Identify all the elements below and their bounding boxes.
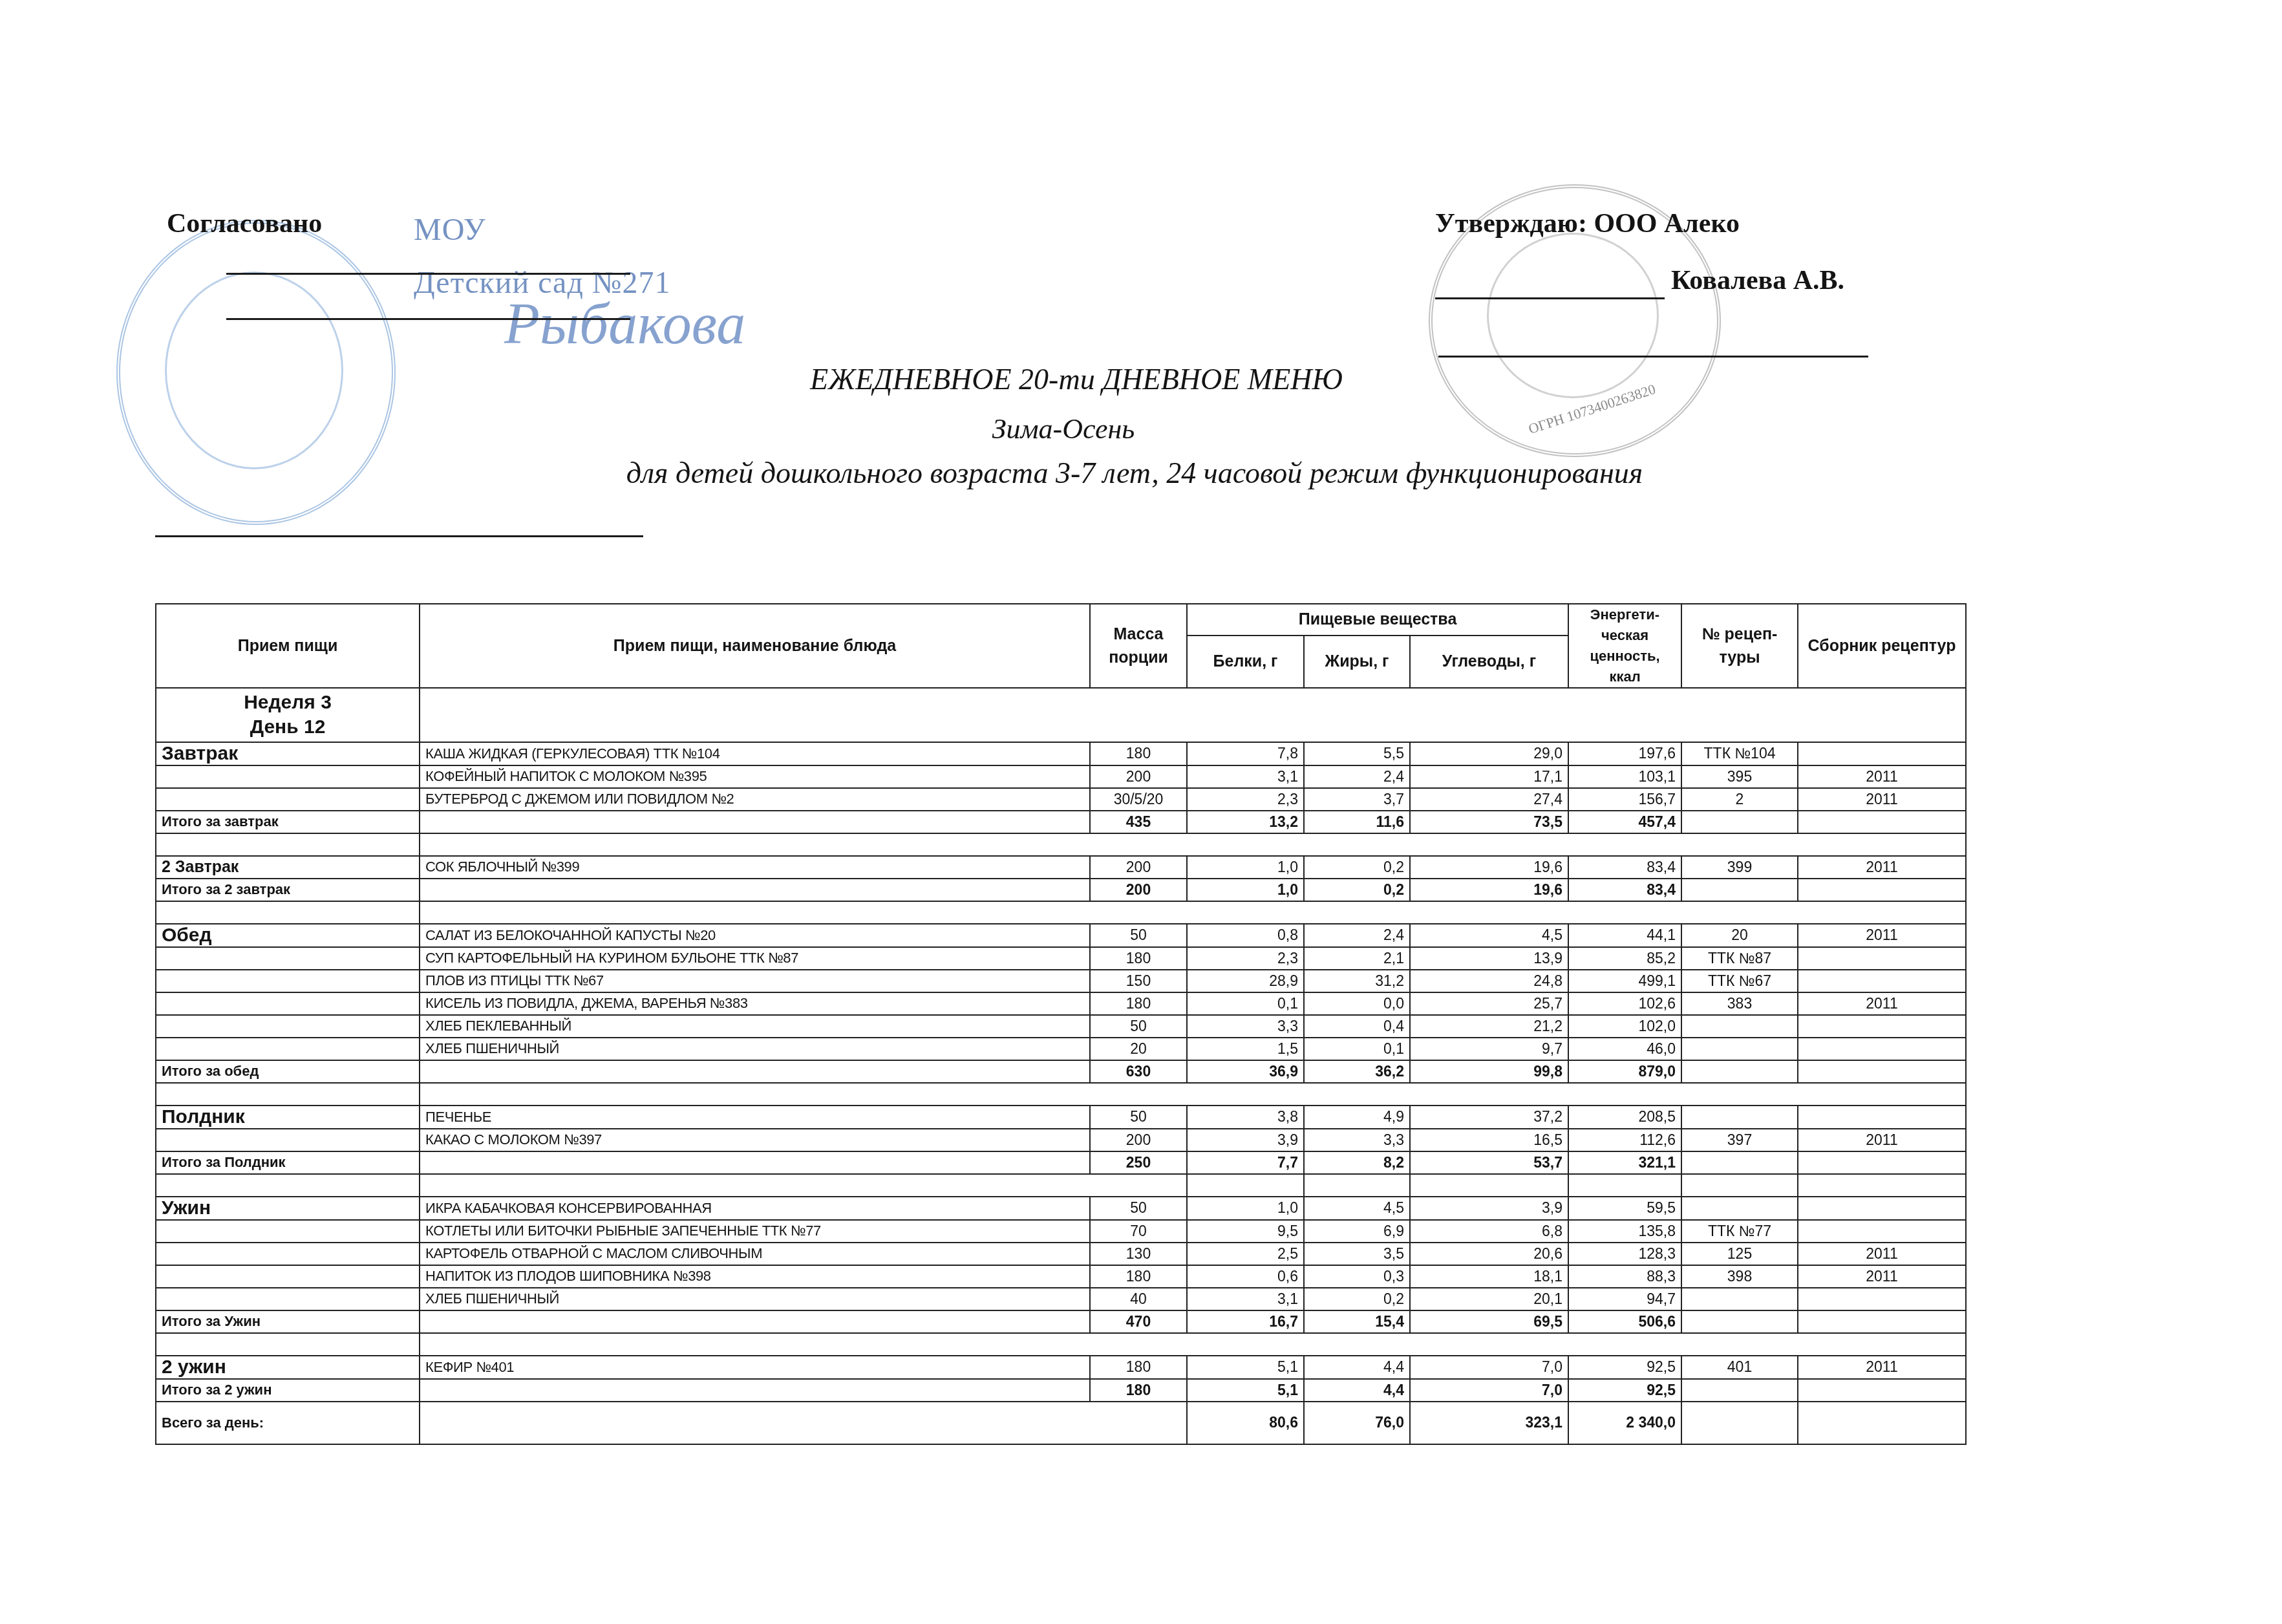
total-empty — [1681, 879, 1798, 901]
header-meal: Прием пищи — [156, 604, 420, 688]
title-line-3: для детей дошкольного возраста 3-7 лет, … — [626, 456, 1643, 489]
total-protein: 7,7 — [1187, 1151, 1304, 1174]
cell-recipe-no: ТТК №77 — [1681, 1220, 1798, 1243]
cell-mass: 180 — [1090, 992, 1187, 1015]
total-empty — [1681, 1310, 1798, 1333]
agreed-signature: Рыбакова — [504, 291, 745, 358]
dish-name: КИСЕЛЬ ИЗ ПОВИДЛА, ДЖЕМА, ВАРЕНЬЯ №383 — [420, 992, 1090, 1015]
dish-name: СУП КАРТОФЕЛЬНЫЙ НА КУРИНОМ БУЛЬОНЕ ТТК … — [420, 947, 1090, 970]
cell-collection — [1798, 970, 1966, 992]
cell-energy: 112,6 — [1568, 1129, 1681, 1151]
total-empty — [1681, 1151, 1798, 1174]
meal-empty — [156, 1243, 420, 1265]
header-collection: Сборник рецептур — [1798, 604, 1966, 688]
cell-fat: 0,2 — [1304, 1288, 1410, 1310]
total-protein: 1,0 — [1187, 879, 1304, 901]
cell-recipe-no: 125 — [1681, 1243, 1798, 1265]
menu-body: Неделя 3 День 12 ЗавтракКАША ЖИДКАЯ (ГЕР… — [156, 688, 1966, 1444]
dish-name: СОК ЯБЛОЧНЫЙ №399 — [420, 856, 1090, 879]
cell-collection: 2011 — [1798, 992, 1966, 1015]
meal-empty — [156, 788, 420, 811]
cell-fat: 5,5 — [1304, 742, 1410, 765]
cell-fat: 4,4 — [1304, 1356, 1410, 1379]
total-protein: 13,2 — [1187, 811, 1304, 833]
cell-energy: 499,1 — [1568, 970, 1681, 992]
total-mass: 470 — [1090, 1310, 1187, 1333]
cell-carbs: 37,2 — [1410, 1106, 1568, 1129]
cell-collection — [1798, 1288, 1966, 1310]
approve-label: Утверждаю: ООО Алеко — [1435, 208, 1740, 239]
cell-fat: 4,9 — [1304, 1106, 1410, 1129]
cell-carbs: 16,5 — [1410, 1129, 1568, 1151]
cell-mass: 200 — [1090, 856, 1187, 879]
agreed-signature-line-1 — [226, 273, 630, 275]
cell-carbs: 25,7 — [1410, 992, 1568, 1015]
total-empty — [420, 879, 1090, 901]
cell-protein: 0,1 — [1187, 992, 1304, 1015]
cell-recipe-no — [1681, 1197, 1798, 1220]
cell-recipe-no: 397 — [1681, 1129, 1798, 1151]
cell-protein: 1,0 — [1187, 1197, 1304, 1220]
cell-collection — [1798, 1106, 1966, 1129]
meal-empty — [156, 765, 420, 788]
cell-protein: 2,3 — [1187, 788, 1304, 811]
cell-energy: 135,8 — [1568, 1220, 1681, 1243]
cell-collection — [1798, 1015, 1966, 1038]
total-mass: 435 — [1090, 811, 1187, 833]
table-row: КОФЕЙНЫЙ НАПИТОК С МОЛОКОМ №3952003,12,4… — [156, 765, 1966, 788]
cell-energy: 156,7 — [1568, 788, 1681, 811]
total-fat: 8,2 — [1304, 1151, 1410, 1174]
cell-recipe-no: 2 — [1681, 788, 1798, 811]
dish-name: КАРТОФЕЛЬ ОТВАРНОЙ С МАСЛОМ СЛИВОЧНЫМ — [420, 1243, 1090, 1265]
cell-protein: 7,8 — [1187, 742, 1304, 765]
total-row: Итого за Полдник2507,78,253,7321,1 — [156, 1151, 1966, 1174]
total-carbs: 99,8 — [1410, 1060, 1568, 1083]
cell-energy: 46,0 — [1568, 1038, 1681, 1060]
dish-name: КАКАО С МОЛОКОМ №397 — [420, 1129, 1090, 1151]
header-recipe-no: № рецеп-туры — [1681, 604, 1798, 688]
cell-protein: 2,5 — [1187, 1243, 1304, 1265]
day-label: День 12 — [162, 715, 414, 740]
table-row: ХЛЕБ ПШЕНИЧНЫЙ201,50,19,746,0 — [156, 1038, 1966, 1060]
agreed-label: Согласовано — [167, 208, 322, 239]
cell-mass: 180 — [1090, 947, 1187, 970]
meal-empty — [156, 1265, 420, 1288]
total-row: Итого за завтрак43513,211,673,5457,4 — [156, 811, 1966, 833]
cell-recipe-no: 20 — [1681, 924, 1798, 947]
approve-signature-line — [1435, 297, 1665, 299]
total-row: Итого за 2 завтрак2001,00,219,683,4 — [156, 879, 1966, 901]
cell-energy: 88,3 — [1568, 1265, 1681, 1288]
grand-total-protein: 80,6 — [1187, 1402, 1304, 1444]
spacer-cell — [156, 901, 420, 924]
cell-recipe-no: 399 — [1681, 856, 1798, 879]
dish-name: БУТЕРБРОД С ДЖЕМОМ ИЛИ ПОВИДЛОМ №2 — [420, 788, 1090, 811]
spacer-cell — [1798, 1174, 1966, 1197]
table-row: ХЛЕБ ПШЕНИЧНЫЙ403,10,220,194,7 — [156, 1288, 1966, 1310]
meal-name: 2 ужин — [156, 1356, 420, 1379]
cell-mass: 180 — [1090, 1265, 1187, 1288]
cell-protein: 28,9 — [1187, 970, 1304, 992]
cell-fat: 2,4 — [1304, 924, 1410, 947]
document-title: ЕЖЕДНЕВНОЕ 20-ти ДНЕВНОЕ МЕНЮ — [0, 362, 2282, 396]
cell-recipe-no: 401 — [1681, 1356, 1798, 1379]
cell-mass: 180 — [1090, 742, 1187, 765]
table-row: СУП КАРТОФЕЛЬНЫЙ НА КУРИНОМ БУЛЬОНЕ ТТК … — [156, 947, 1966, 970]
cell-energy: 128,3 — [1568, 1243, 1681, 1265]
cell-fat: 2,4 — [1304, 765, 1410, 788]
table-row: БУТЕРБРОД С ДЖЕМОМ ИЛИ ПОВИДЛОМ №230/5/2… — [156, 788, 1966, 811]
total-fat: 15,4 — [1304, 1310, 1410, 1333]
dish-name: ХЛЕБ ПШЕНИЧНЫЙ — [420, 1288, 1090, 1310]
week-day-cell: Неделя 3 День 12 — [156, 688, 420, 742]
total-empty — [1798, 1151, 1966, 1174]
grand-total-empty — [1798, 1402, 1966, 1444]
cell-protein: 3,8 — [1187, 1106, 1304, 1129]
total-fat: 36,2 — [1304, 1060, 1410, 1083]
cell-recipe-no: ТТК №104 — [1681, 742, 1798, 765]
cell-protein: 0,6 — [1187, 1265, 1304, 1288]
cell-fat: 6,9 — [1304, 1220, 1410, 1243]
dish-name: ИКРА КАБАЧКОВАЯ КОНСЕРВИРОВАННАЯ — [420, 1197, 1090, 1220]
total-empty — [1798, 1060, 1966, 1083]
cell-collection — [1798, 947, 1966, 970]
total-row: Итого за 2 ужин1805,14,47,092,5 — [156, 1379, 1966, 1402]
cell-carbs: 21,2 — [1410, 1015, 1568, 1038]
cell-mass: 200 — [1090, 1129, 1187, 1151]
dish-name: ХЛЕБ ПЕКЛЕВАННЫЙ — [420, 1015, 1090, 1038]
header-dish: Прием пищи, наименование блюда — [420, 604, 1090, 688]
table-row: ХЛЕБ ПЕКЛЕВАННЫЙ503,30,421,2102,0 — [156, 1015, 1966, 1038]
cell-protein: 2,3 — [1187, 947, 1304, 970]
spacer-cell — [1304, 1174, 1410, 1197]
cell-recipe-no: 395 — [1681, 765, 1798, 788]
total-carbs: 73,5 — [1410, 811, 1568, 833]
meal-empty — [156, 992, 420, 1015]
total-empty — [1681, 1060, 1798, 1083]
cell-mass: 130 — [1090, 1243, 1187, 1265]
cell-energy: 44,1 — [1568, 924, 1681, 947]
cell-carbs: 24,8 — [1410, 970, 1568, 992]
cell-mass: 70 — [1090, 1220, 1187, 1243]
cell-collection: 2011 — [1798, 765, 1966, 788]
cell-energy: 94,7 — [1568, 1288, 1681, 1310]
total-carbs: 53,7 — [1410, 1151, 1568, 1174]
meal-empty — [156, 1015, 420, 1038]
cell-recipe-no — [1681, 1106, 1798, 1129]
cell-mass: 150 — [1090, 970, 1187, 992]
dish-name: КАША ЖИДКАЯ (ГЕРКУЛЕСОВАЯ) ТТК №104 — [420, 742, 1090, 765]
table-row: НАПИТОК ИЗ ПЛОДОВ ШИПОВНИКА №3981800,60,… — [156, 1265, 1966, 1288]
spacer-cell — [1568, 1174, 1681, 1197]
total-label: Итого за 2 ужин — [156, 1379, 420, 1402]
total-label: Итого за обед — [156, 1060, 420, 1083]
meal-empty — [156, 1288, 420, 1310]
total-mass: 200 — [1090, 879, 1187, 901]
total-empty — [420, 1310, 1090, 1333]
meal-empty — [156, 1129, 420, 1151]
total-empty — [420, 1151, 1090, 1174]
cell-protein: 5,1 — [1187, 1356, 1304, 1379]
spacer-cell — [156, 1333, 420, 1356]
cell-collection — [1798, 1038, 1966, 1060]
cell-protein: 3,9 — [1187, 1129, 1304, 1151]
cell-carbs: 18,1 — [1410, 1265, 1568, 1288]
cell-fat: 4,5 — [1304, 1197, 1410, 1220]
spacer-row — [156, 1174, 1966, 1197]
table-row: 2 ЗавтракСОК ЯБЛОЧНЫЙ №3992001,00,219,68… — [156, 856, 1966, 879]
cell-recipe-no — [1681, 1038, 1798, 1060]
spacer-cell — [420, 901, 1966, 924]
week-label: Неделя 3 — [162, 690, 414, 715]
title-line-2: Зима-Осень — [992, 413, 1135, 445]
cell-protein: 1,5 — [1187, 1038, 1304, 1060]
total-carbs: 19,6 — [1410, 879, 1568, 901]
week-day-row: Неделя 3 День 12 — [156, 688, 1966, 742]
cell-mass: 30/5/20 — [1090, 788, 1187, 811]
header-protein: Белки, г — [1187, 636, 1304, 688]
agreed-date-line — [155, 535, 643, 537]
cell-fat: 0,1 — [1304, 1038, 1410, 1060]
cell-collection — [1798, 1197, 1966, 1220]
meal-name: Обед — [156, 924, 420, 947]
cell-carbs: 19,6 — [1410, 856, 1568, 879]
total-protein: 5,1 — [1187, 1379, 1304, 1402]
cell-protein: 3,1 — [1187, 765, 1304, 788]
cell-carbs: 20,6 — [1410, 1243, 1568, 1265]
cell-recipe-no — [1681, 1288, 1798, 1310]
cell-fat: 0,2 — [1304, 856, 1410, 879]
meal-name: Полдник — [156, 1106, 420, 1129]
total-carbs: 7,0 — [1410, 1379, 1568, 1402]
cell-energy: 102,0 — [1568, 1015, 1681, 1038]
title-line-1: ЕЖЕДНЕВНОЕ 20-ти ДНЕВНОЕ МЕНЮ — [810, 363, 1343, 396]
cell-carbs: 29,0 — [1410, 742, 1568, 765]
grand-total-label: Всего за день: — [156, 1402, 420, 1444]
cell-protein: 1,0 — [1187, 856, 1304, 879]
cell-mass: 50 — [1090, 1015, 1187, 1038]
total-empty — [1798, 1310, 1966, 1333]
dish-name: КОФЕЙНЫЙ НАПИТОК С МОЛОКОМ №395 — [420, 765, 1090, 788]
dish-name: КЕФИР №401 — [420, 1356, 1090, 1379]
total-label: Итого за Ужин — [156, 1310, 420, 1333]
grand-total-empty — [420, 1402, 1187, 1444]
dish-name: НАПИТОК ИЗ ПЛОДОВ ШИПОВНИКА №398 — [420, 1265, 1090, 1288]
total-label: Итого за завтрак — [156, 811, 420, 833]
total-protein: 16,7 — [1187, 1310, 1304, 1333]
header-mass: Масса порции — [1090, 604, 1187, 688]
cell-recipe-no — [1681, 1015, 1798, 1038]
cell-fat: 3,5 — [1304, 1243, 1410, 1265]
total-empty — [1798, 879, 1966, 901]
grand-total-row: Всего за день:80,676,0323,12 340,0 — [156, 1402, 1966, 1444]
total-energy: 83,4 — [1568, 879, 1681, 901]
cell-collection: 2011 — [1798, 1265, 1966, 1288]
total-energy: 506,6 — [1568, 1310, 1681, 1333]
total-empty — [1798, 811, 1966, 833]
cell-collection: 2011 — [1798, 856, 1966, 879]
total-fat: 11,6 — [1304, 811, 1410, 833]
total-label: Итого за Полдник — [156, 1151, 420, 1174]
table-row: ПолдникПЕЧЕНЬЕ503,84,937,2208,5 — [156, 1106, 1966, 1129]
total-empty — [420, 1379, 1090, 1402]
spacer-row — [156, 901, 1966, 924]
spacer-cell — [156, 1174, 420, 1197]
document-season: Зима-Осень — [0, 412, 2282, 445]
table-row: УжинИКРА КАБАЧКОВАЯ КОНСЕРВИРОВАННАЯ501,… — [156, 1197, 1966, 1220]
cell-protein: 0,8 — [1187, 924, 1304, 947]
header-fat: Жиры, г — [1304, 636, 1410, 688]
meal-empty — [156, 947, 420, 970]
cell-fat: 0,4 — [1304, 1015, 1410, 1038]
total-energy: 457,4 — [1568, 811, 1681, 833]
spacer-cell — [1410, 1174, 1568, 1197]
cell-mass: 50 — [1090, 924, 1187, 947]
dish-name: ПЛОВ ИЗ ПТИЦЫ ТТК №67 — [420, 970, 1090, 992]
cell-mass: 50 — [1090, 1197, 1187, 1220]
table-row: ПЛОВ ИЗ ПТИЦЫ ТТК №6715028,931,224,8499,… — [156, 970, 1966, 992]
total-carbs: 69,5 — [1410, 1310, 1568, 1333]
cell-mass: 180 — [1090, 1356, 1187, 1379]
cell-fat: 2,1 — [1304, 947, 1410, 970]
approve-date-line — [1438, 356, 1868, 358]
total-empty — [1798, 1379, 1966, 1402]
cell-carbs: 13,9 — [1410, 947, 1568, 970]
total-mass: 250 — [1090, 1151, 1187, 1174]
total-empty — [420, 811, 1090, 833]
cell-collection — [1798, 742, 1966, 765]
table-row: 2 ужинКЕФИР №4011805,14,47,092,54012011 — [156, 1356, 1966, 1379]
table-row: КОТЛЕТЫ ИЛИ БИТОЧКИ РЫБНЫЕ ЗАПЕЧЕННЫЕ ТТ… — [156, 1220, 1966, 1243]
cell-carbs: 27,4 — [1410, 788, 1568, 811]
approver-name: Ковалева А.В. — [1671, 265, 1844, 296]
cell-fat: 3,7 — [1304, 788, 1410, 811]
cell-energy: 85,2 — [1568, 947, 1681, 970]
table-row: ОбедСАЛАТ ИЗ БЕЛОКОЧАННОЙ КАПУСТЫ №20500… — [156, 924, 1966, 947]
cell-collection — [1798, 1220, 1966, 1243]
spacer-row — [156, 833, 1966, 856]
week-day-empty — [420, 688, 1966, 742]
cell-energy: 102,6 — [1568, 992, 1681, 1015]
cell-collection: 2011 — [1798, 788, 1966, 811]
cell-carbs: 7,0 — [1410, 1356, 1568, 1379]
cell-recipe-no: ТТК №67 — [1681, 970, 1798, 992]
cell-fat: 31,2 — [1304, 970, 1410, 992]
meal-name: 2 Завтрак — [156, 856, 420, 879]
total-empty — [1681, 811, 1798, 833]
total-energy: 879,0 — [1568, 1060, 1681, 1083]
cell-fat: 0,0 — [1304, 992, 1410, 1015]
menu-table: Прием пищи Прием пищи, наименование блюд… — [155, 603, 1967, 1445]
total-protein: 36,9 — [1187, 1060, 1304, 1083]
cell-mass: 20 — [1090, 1038, 1187, 1060]
cell-collection: 2011 — [1798, 1356, 1966, 1379]
spacer-cell — [156, 1083, 420, 1106]
cell-protein: 3,1 — [1187, 1288, 1304, 1310]
dish-name: САЛАТ ИЗ БЕЛОКОЧАННОЙ КАПУСТЫ №20 — [420, 924, 1090, 947]
agreed-signature-line-2 — [226, 318, 630, 320]
cell-carbs: 6,8 — [1410, 1220, 1568, 1243]
total-label: Итого за 2 завтрак — [156, 879, 420, 901]
meal-empty — [156, 1038, 420, 1060]
table-row: КАРТОФЕЛЬ ОТВАРНОЙ С МАСЛОМ СЛИВОЧНЫМ130… — [156, 1243, 1966, 1265]
spacer-cell — [420, 1174, 1187, 1197]
cell-energy: 197,6 — [1568, 742, 1681, 765]
spacer-cell — [420, 833, 1966, 856]
grand-total-carbs: 323,1 — [1410, 1402, 1568, 1444]
dish-name: КОТЛЕТЫ ИЛИ БИТОЧКИ РЫБНЫЕ ЗАПЕЧЕННЫЕ ТТ… — [420, 1220, 1090, 1243]
total-fat: 4,4 — [1304, 1379, 1410, 1402]
grand-total-energy: 2 340,0 — [1568, 1402, 1681, 1444]
cell-recipe-no: ТТК №87 — [1681, 947, 1798, 970]
cell-recipe-no: 383 — [1681, 992, 1798, 1015]
cell-recipe-no: 398 — [1681, 1265, 1798, 1288]
cell-fat: 0,3 — [1304, 1265, 1410, 1288]
total-mass: 630 — [1090, 1060, 1187, 1083]
cell-mass: 50 — [1090, 1106, 1187, 1129]
spacer-cell — [420, 1083, 1966, 1106]
header-energy: Энергети-ческая ценность, ккал — [1568, 604, 1681, 688]
spacer-row — [156, 1083, 1966, 1106]
dish-name: ХЛЕБ ПШЕНИЧНЫЙ — [420, 1038, 1090, 1060]
cell-protein: 9,5 — [1187, 1220, 1304, 1243]
cell-protein: 3,3 — [1187, 1015, 1304, 1038]
spacer-cell — [156, 833, 420, 856]
meal-name: Завтрак — [156, 742, 420, 765]
dish-name: ПЕЧЕНЬЕ — [420, 1106, 1090, 1129]
header-carbs: Углеводы, г — [1410, 636, 1568, 688]
table-row: КИСЕЛЬ ИЗ ПОВИДЛА, ДЖЕМА, ВАРЕНЬЯ №38318… — [156, 992, 1966, 1015]
cell-mass: 200 — [1090, 765, 1187, 788]
spacer-cell — [420, 1333, 1966, 1356]
total-energy: 92,5 — [1568, 1379, 1681, 1402]
table-row: КАКАО С МОЛОКОМ №3972003,93,316,5112,639… — [156, 1129, 1966, 1151]
cell-collection: 2011 — [1798, 924, 1966, 947]
spacer-row — [156, 1333, 1966, 1356]
total-mass: 180 — [1090, 1379, 1187, 1402]
cell-energy: 92,5 — [1568, 1356, 1681, 1379]
cell-carbs: 20,1 — [1410, 1288, 1568, 1310]
cell-carbs: 4,5 — [1410, 924, 1568, 947]
cell-collection: 2011 — [1798, 1243, 1966, 1265]
cell-carbs: 3,9 — [1410, 1197, 1568, 1220]
school-stamp-line1: МОУ — [414, 204, 671, 257]
meal-empty — [156, 1220, 420, 1243]
cell-energy: 208,5 — [1568, 1106, 1681, 1129]
cell-carbs: 17,1 — [1410, 765, 1568, 788]
meal-empty — [156, 970, 420, 992]
total-row: Итого за обед63036,936,299,8879,0 — [156, 1060, 1966, 1083]
cell-energy: 83,4 — [1568, 856, 1681, 879]
spacer-cell — [1187, 1174, 1304, 1197]
total-energy: 321,1 — [1568, 1151, 1681, 1174]
table-row: ЗавтракКАША ЖИДКАЯ (ГЕРКУЛЕСОВАЯ) ТТК №1… — [156, 742, 1966, 765]
cell-collection: 2011 — [1798, 1129, 1966, 1151]
cell-fat: 3,3 — [1304, 1129, 1410, 1151]
meal-name: Ужин — [156, 1197, 420, 1220]
cell-energy: 59,5 — [1568, 1197, 1681, 1220]
cell-mass: 40 — [1090, 1288, 1187, 1310]
spacer-cell — [1681, 1174, 1798, 1197]
cell-energy: 103,1 — [1568, 765, 1681, 788]
cell-carbs: 9,7 — [1410, 1038, 1568, 1060]
total-fat: 0,2 — [1304, 879, 1410, 901]
header-nutrients: Пищевые вещества — [1187, 604, 1568, 636]
total-empty — [1681, 1379, 1798, 1402]
grand-total-empty — [1681, 1402, 1798, 1444]
grand-total-fat: 76,0 — [1304, 1402, 1410, 1444]
